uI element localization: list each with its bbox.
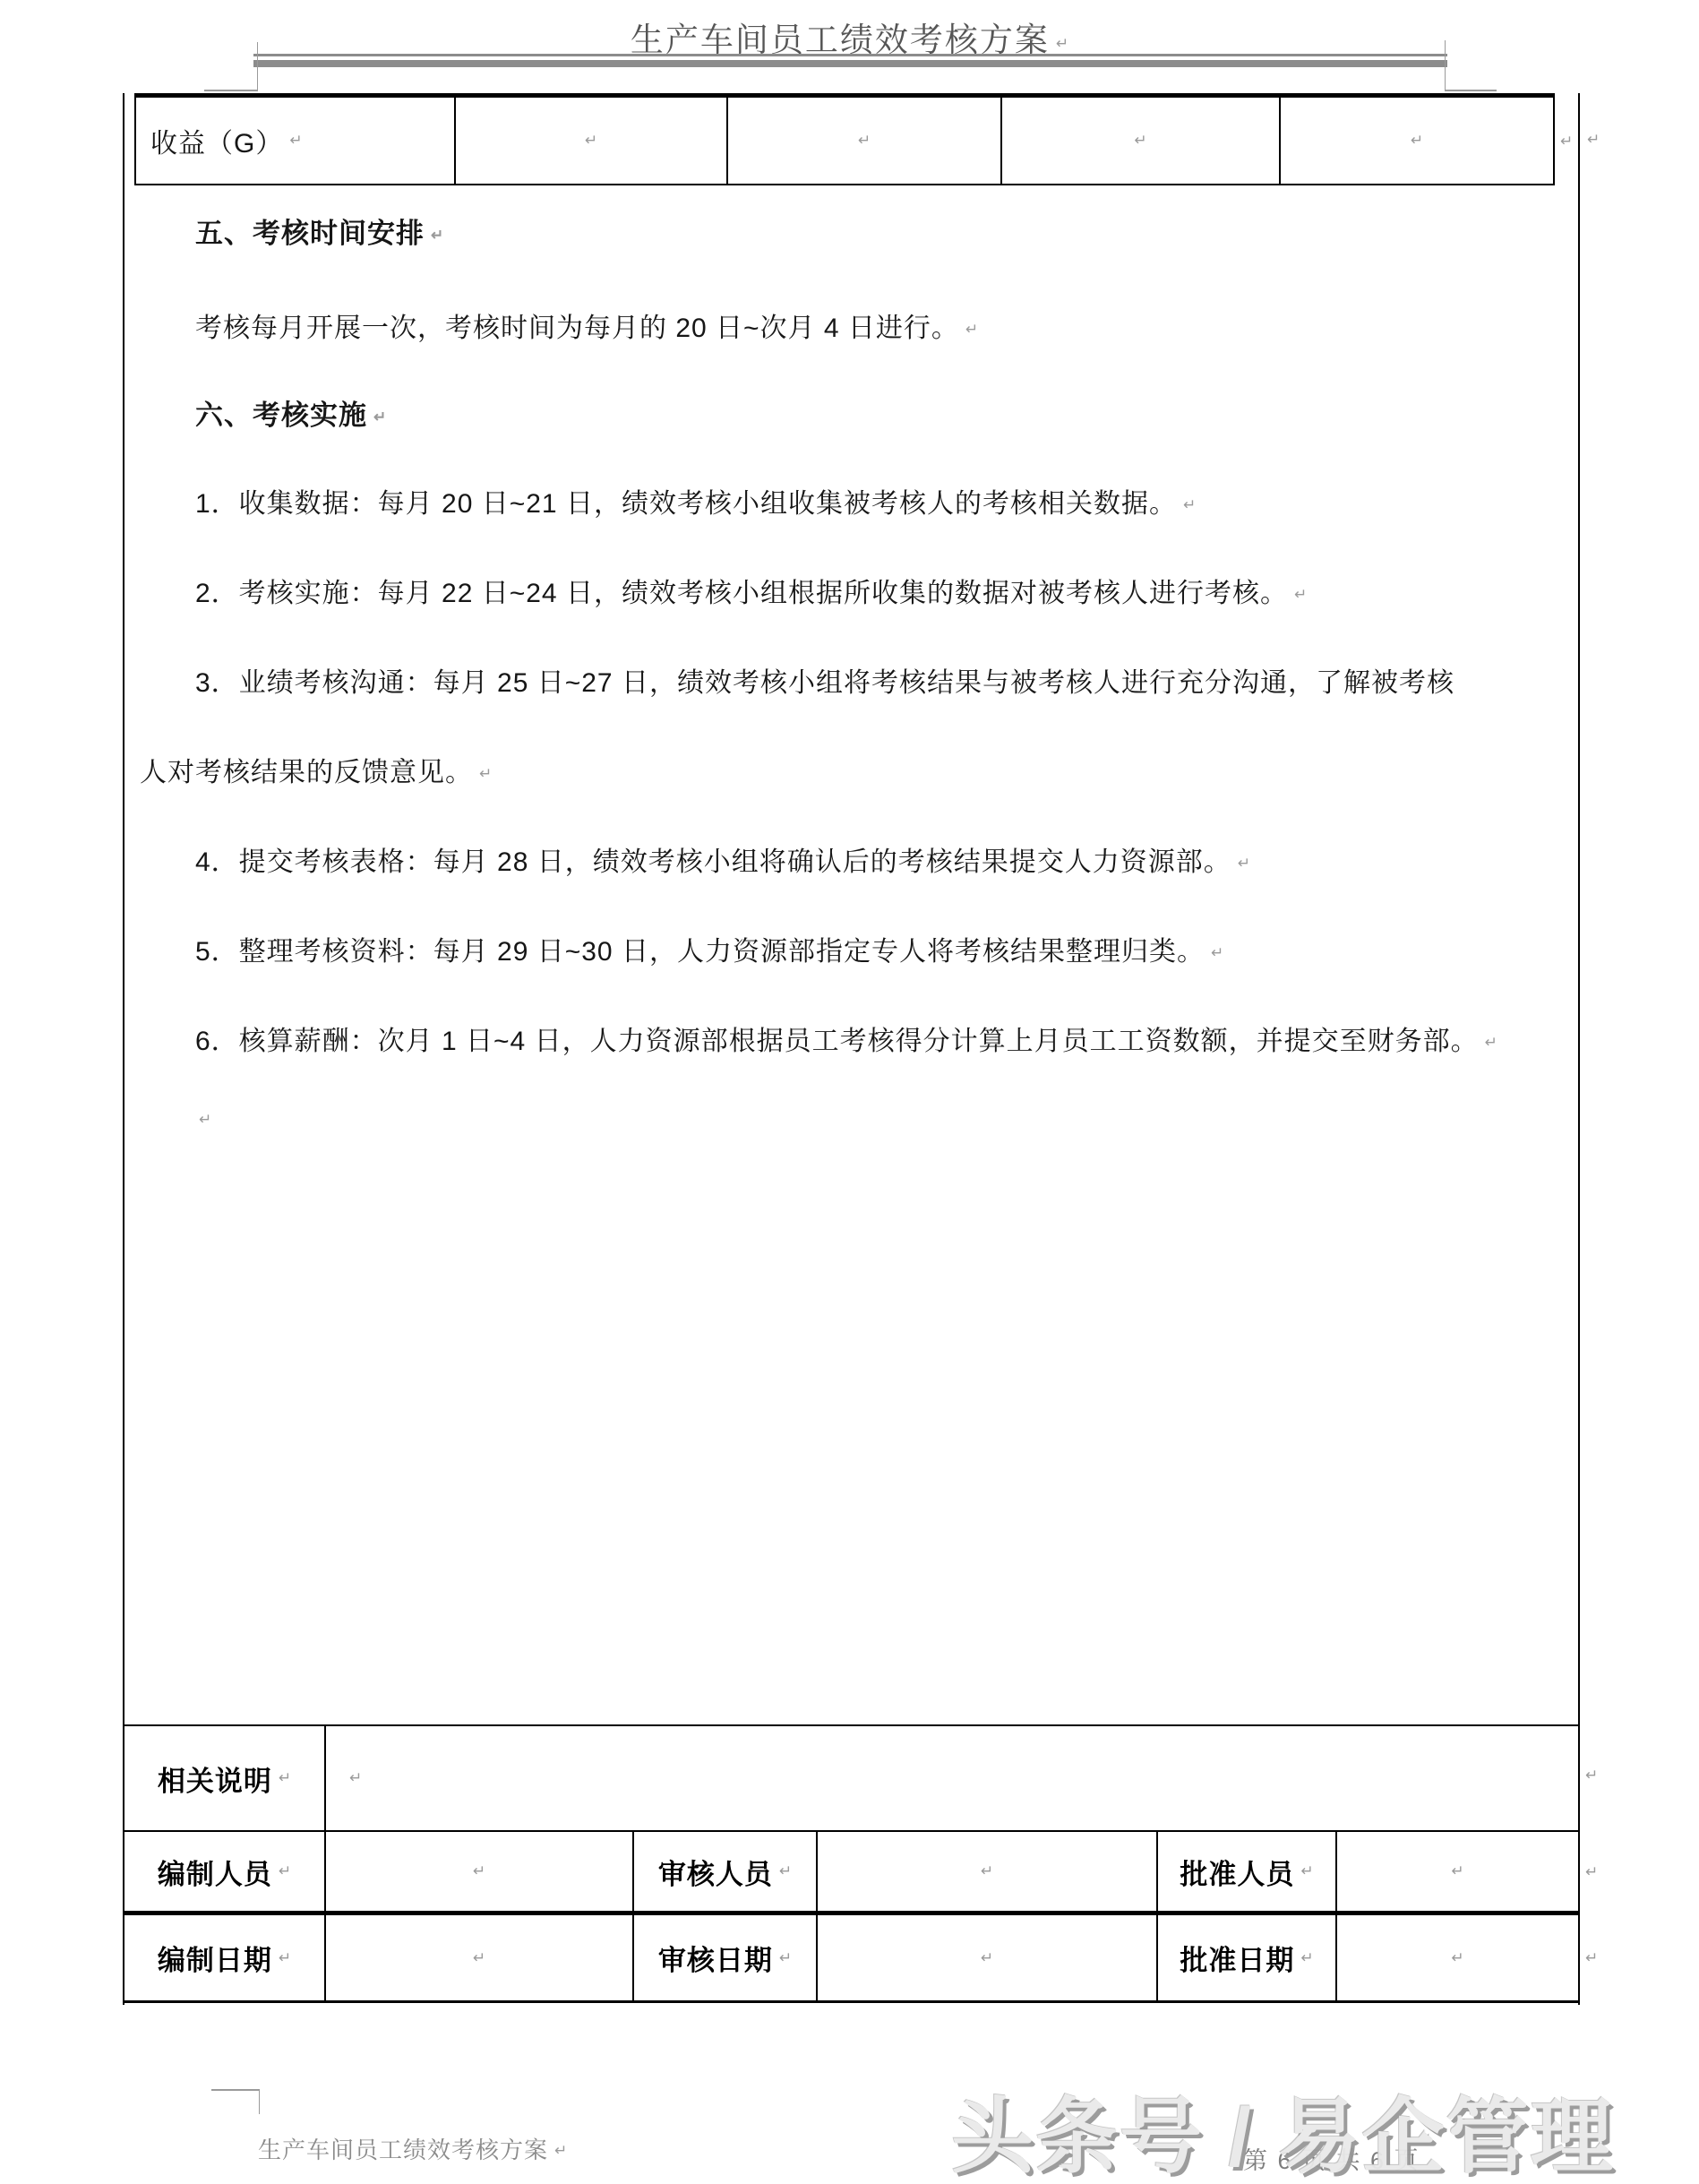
page-border-left: [123, 93, 124, 2005]
paragraph-mark: ↵: [554, 2142, 567, 2159]
reviewed-by-value-cell[interactable]: ↵: [818, 1832, 1158, 1911]
list-item-1: 1．收集数据：每月 20 日~21 日，绩效考核小组收集被考核人的考核相关数据。…: [195, 489, 1196, 520]
list-item-2-text: 2．考核实施：每月 22 日~24 日，绩效考核小组根据所收集的数据对被考核人进…: [195, 579, 1288, 608]
approved-by-label-cell: 批准人员 ↵: [1158, 1832, 1337, 1911]
paragraph-mark: ↵: [981, 1949, 993, 1967]
section-heading-6-text: 六、考核实施: [195, 400, 367, 431]
income-empty-cell-2[interactable]: ↵: [728, 98, 1002, 184]
paragraph-mark: ↵: [1560, 133, 1573, 150]
approved-by-label: 批准人员: [1180, 1852, 1294, 1892]
footer-doc-title-text: 生产车间员工绩效考核方案: [258, 2137, 548, 2163]
list-item-5: 5．整理考核资料：每月 29 日~30 日，人力资源部指定专人将考核结果整理归类…: [195, 937, 1223, 968]
income-empty-cell-1[interactable]: ↵: [456, 98, 728, 184]
paragraph-mark: ↵: [779, 1862, 792, 1880]
paragraph-mark: ↵: [1134, 132, 1146, 150]
prepared-by-label-cell: 编制人员 ↵: [124, 1832, 326, 1911]
paragraph-mark: ↵: [1211, 944, 1223, 961]
list-item-2: 2．考核实施：每月 22 日~24 日，绩效考核小组根据所收集的数据对被考核人进…: [195, 579, 1307, 610]
reviewed-date-value-cell[interactable]: ↵: [818, 1915, 1158, 2000]
prepared-date-value-cell[interactable]: ↵: [326, 1915, 634, 2000]
approval-table: 相关说明 ↵ ↵ 编制人员 ↵ ↵ 审核人员 ↵ ↵ 批准人员 ↵ ↵ 编制日期…: [123, 1724, 1580, 2003]
prepared-date-label-cell: 编制日期 ↵: [124, 1915, 326, 2000]
paragraph-mark: ↵: [473, 1862, 485, 1880]
approved-date-value-cell[interactable]: ↵: [1337, 1915, 1578, 2000]
paragraph-mark: ↵: [289, 132, 302, 150]
prepared-date-label: 编制日期: [158, 1938, 272, 1978]
note-content-cell[interactable]: ↵: [326, 1726, 1578, 1830]
paragraph-mark: ↵: [1411, 132, 1423, 150]
income-empty-cell-4[interactable]: ↵: [1281, 98, 1553, 184]
corner-mark-footer-horizontal: [211, 2089, 260, 2091]
prepared-by-value-cell[interactable]: ↵: [326, 1832, 634, 1911]
paragraph-schedule: 考核每月开展一次，考核时间为每月的 20 日~次月 4 日进行。↵: [195, 314, 978, 345]
income-label-text: 收益（G）: [150, 121, 283, 160]
list-item-6-text: 6．核算薪酬：次月 1 日~4 日，人力资源部根据员工考核得分计算上月员工工资数…: [195, 1027, 1479, 1056]
section-heading-5-text: 五、考核时间安排: [195, 218, 425, 249]
paragraph-mark: ↵: [1587, 131, 1600, 149]
paragraph-mark: ↵: [1585, 1949, 1598, 1967]
reviewed-by-label-cell: 审核人员 ↵: [634, 1832, 818, 1911]
paragraph-mark: ↵: [1056, 35, 1068, 52]
approved-by-value-cell[interactable]: ↵: [1337, 1832, 1578, 1911]
section-heading-5: 五、考核时间安排↵: [195, 219, 443, 251]
note-label-text: 相关说明: [158, 1758, 272, 1799]
paragraph-mark: ↵: [431, 227, 443, 244]
paragraph-mark: ↵: [965, 321, 978, 338]
corner-mark-top-right-vertical: [1445, 40, 1446, 90]
paragraph-mark: ↵: [279, 1862, 291, 1880]
note-label-cell: 相关说明 ↵: [124, 1726, 326, 1830]
paragraph-mark: ↵: [373, 408, 386, 426]
paragraph-mark: ↵: [1238, 855, 1250, 872]
paragraph-mark: ↵: [779, 1949, 792, 1967]
watermark: 头条号 / 易企管理: [951, 2071, 1615, 2184]
list-item-5-text: 5．整理考核资料：每月 29 日~30 日，人力资源部指定专人将考核结果整理归类…: [195, 937, 1205, 967]
list-item-4-text: 4．提交考核表格：每月 28 日，绩效考核小组将确认后的考核结果提交人力资源部。: [195, 847, 1231, 877]
list-item-4: 4．提交考核表格：每月 28 日，绩效考核小组将确认后的考核结果提交人力资源部。…: [195, 847, 1250, 879]
reviewed-by-label: 审核人员: [658, 1852, 773, 1892]
approval-note-row: 相关说明 ↵ ↵: [124, 1726, 1578, 1832]
paragraph-mark: ↵: [1300, 1949, 1313, 1967]
list-item-3-line-2: 人对考核结果的反馈意见。↵: [140, 758, 492, 789]
approval-date-row: 编制日期 ↵ ↵ 审核日期 ↵ ↵ 批准日期 ↵ ↵: [124, 1915, 1578, 2000]
corner-mark-top-left-vertical: [257, 42, 258, 90]
paragraph-mark: ↵: [479, 765, 492, 782]
paragraph-mark: ↵: [1183, 496, 1196, 513]
corner-mark-top-left-horizontal: [204, 90, 258, 91]
approved-date-label-cell: 批准日期 ↵: [1158, 1915, 1337, 2000]
page-border-right: [1578, 93, 1580, 2005]
income-empty-cell-3[interactable]: ↵: [1002, 98, 1281, 184]
section-heading-6: 六、考核实施↵: [195, 400, 386, 433]
prepared-by-label: 编制人员: [158, 1852, 272, 1892]
document-page: { "document": { "pilcrow": "↵", "header"…: [0, 0, 1699, 2184]
header-rule-thick: [253, 60, 1447, 67]
paragraph-mark: ↵: [473, 1949, 485, 1967]
paragraph-mark: ↵: [1451, 1862, 1463, 1880]
reviewed-date-label: 审核日期: [658, 1938, 773, 1978]
paragraph-mark: ↵: [279, 1949, 291, 1967]
footer-doc-title: 生产车间员工绩效考核方案↵: [258, 2132, 567, 2165]
list-item-3-text: 3．业绩考核沟通：每月 25 日~27 日，绩效考核小组将考核结果与被考核人进行…: [195, 668, 1454, 698]
paragraph-mark: ↵: [585, 132, 597, 150]
paragraph-mark: ↵: [279, 1769, 291, 1787]
list-item-3-continuation-text: 人对考核结果的反馈意见。: [140, 758, 473, 787]
paragraph-mark: ↵: [1294, 586, 1307, 603]
corner-mark-top-right-horizontal: [1445, 90, 1497, 91]
approval-person-row: 编制人员 ↵ ↵ 审核人员 ↵ ↵ 批准人员 ↵ ↵: [124, 1832, 1578, 1915]
paragraph-mark: ↵: [1585, 1767, 1598, 1784]
list-item-3-line-1: 3．业绩考核沟通：每月 25 日~27 日，绩效考核小组将考核结果与被考核人进行…: [195, 668, 1454, 699]
header-rule-thin: [253, 54, 1447, 56]
paragraph-mark: ↵: [1451, 1949, 1463, 1967]
approved-date-label: 批准日期: [1180, 1938, 1294, 1978]
paragraph-mark: ↵: [199, 1111, 211, 1129]
paragraph-mark: ↵: [349, 1769, 362, 1787]
paragraph-mark: ↵: [1485, 1034, 1497, 1051]
list-item-1-text: 1．收集数据：每月 20 日~21 日，绩效考核小组收集被考核人的考核相关数据。: [195, 489, 1177, 519]
income-label-cell: 收益（G） ↵: [136, 98, 456, 184]
paragraph-mark: ↵: [1300, 1862, 1313, 1880]
paragraph-schedule-text: 考核每月开展一次，考核时间为每月的 20 日~次月 4 日进行。: [195, 314, 959, 343]
paragraph-mark: ↵: [1585, 1863, 1598, 1881]
corner-mark-footer-vertical: [259, 2089, 260, 2114]
list-item-6: 6．核算薪酬：次月 1 日~4 日，人力资源部根据员工考核得分计算上月员工工资数…: [195, 1027, 1497, 1058]
income-table: 收益（G） ↵ ↵ ↵ ↵ ↵: [134, 93, 1555, 185]
reviewed-date-label-cell: 审核日期 ↵: [634, 1915, 818, 2000]
paragraph-mark: ↵: [981, 1862, 993, 1880]
paragraph-mark: ↵: [858, 132, 871, 150]
